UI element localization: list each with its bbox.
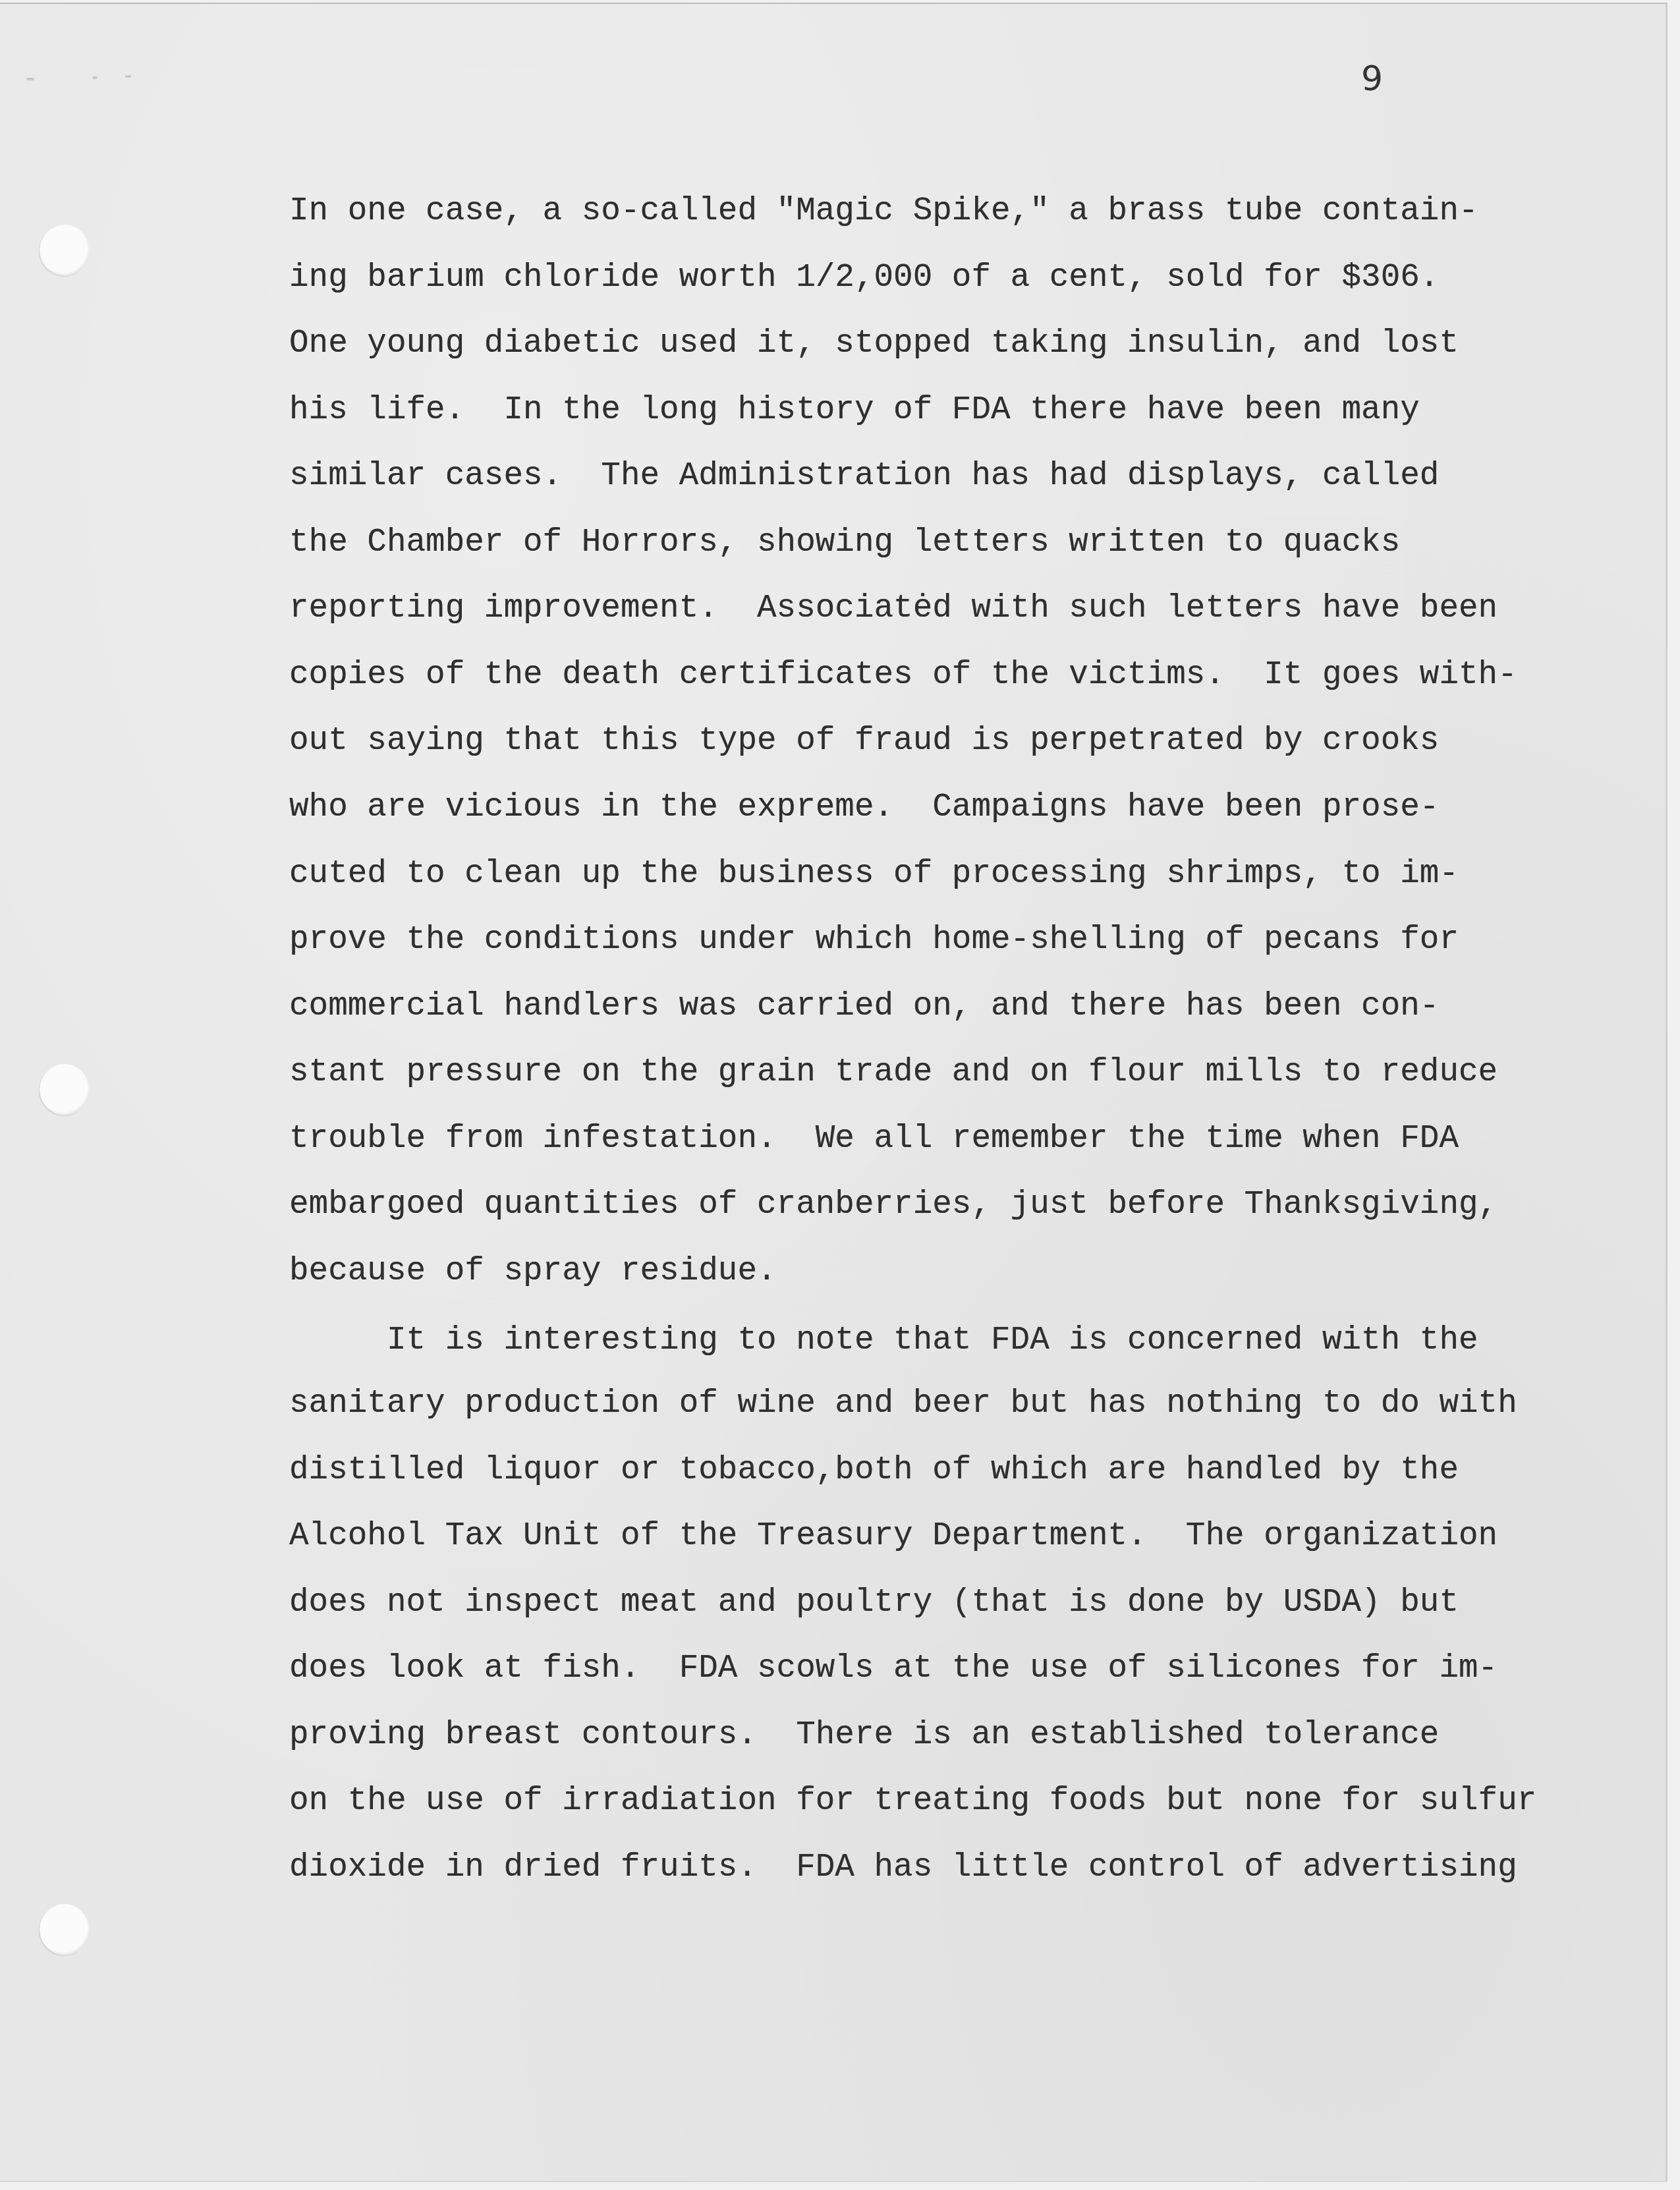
text-line: embargoed quantities of cranberries, jus… <box>289 1185 1498 1224</box>
text-line: trouble from infestation. We all remembe… <box>289 1119 1459 1158</box>
text-line: ing barium chloride worth 1/2,000 of a c… <box>289 258 1439 297</box>
text-line: One young diabetic used it, stopped taki… <box>289 323 1459 363</box>
text-line: In one case, a so-called "Magic Spike," … <box>289 191 1478 231</box>
text-line: copies of the death certificates of the … <box>289 655 1517 694</box>
text-line: who are vicious in the expreme. Campaign… <box>289 787 1439 827</box>
text-line: the Chamber of Horrors, showing letters … <box>289 522 1400 562</box>
punch-hole-middle <box>40 1064 90 1115</box>
text-line: commercial handlers was carried on, and … <box>289 986 1439 1026</box>
text-line: prove the conditions under which home-sh… <box>289 920 1459 959</box>
smudge-mark <box>26 78 34 80</box>
punch-hole-bottom <box>40 1904 90 1955</box>
text-line: stant pressure on the grain trade and on… <box>289 1052 1498 1092</box>
text-line: his life. In the long history of FDA the… <box>289 390 1420 430</box>
text-line: dioxide in dried fruits. FDA has little … <box>289 1847 1517 1887</box>
text-line: does not inspect meat and poultry (that … <box>289 1583 1459 1622</box>
smudge-mark <box>92 76 98 79</box>
text-line: sanitary production of wine and beer but… <box>289 1384 1517 1423</box>
text-line: cuted to clean up the business of proces… <box>289 854 1459 893</box>
text-line: does look at fish. FDA scowls at the use… <box>289 1648 1498 1688</box>
text-line: distilled liquor or tobacco,both of whic… <box>289 1450 1459 1490</box>
text-line: proving breast contours. There is an est… <box>289 1715 1439 1755</box>
smudge-mark <box>125 75 131 78</box>
page-number: 9 <box>1361 62 1383 96</box>
text-line: because of spray residue. <box>289 1251 777 1291</box>
text-line: on the use of irradiation for treating f… <box>289 1781 1536 1820</box>
text-line-indented: It is interesting to note that FDA is co… <box>289 1320 1478 1360</box>
text-line: reporting improvement. Associatėd with s… <box>289 588 1498 628</box>
punch-hole-top <box>40 225 90 276</box>
text-line: out saying that this type of fraud is pe… <box>289 721 1439 760</box>
text-line: Alcohol Tax Unit of the Treasury Departm… <box>289 1516 1498 1556</box>
scan-smudges <box>26 75 138 84</box>
document-page: 9 In one case, a so-called "Magic Spike,… <box>0 3 1667 2181</box>
text-line: similar cases. The Administration has ha… <box>289 456 1439 495</box>
